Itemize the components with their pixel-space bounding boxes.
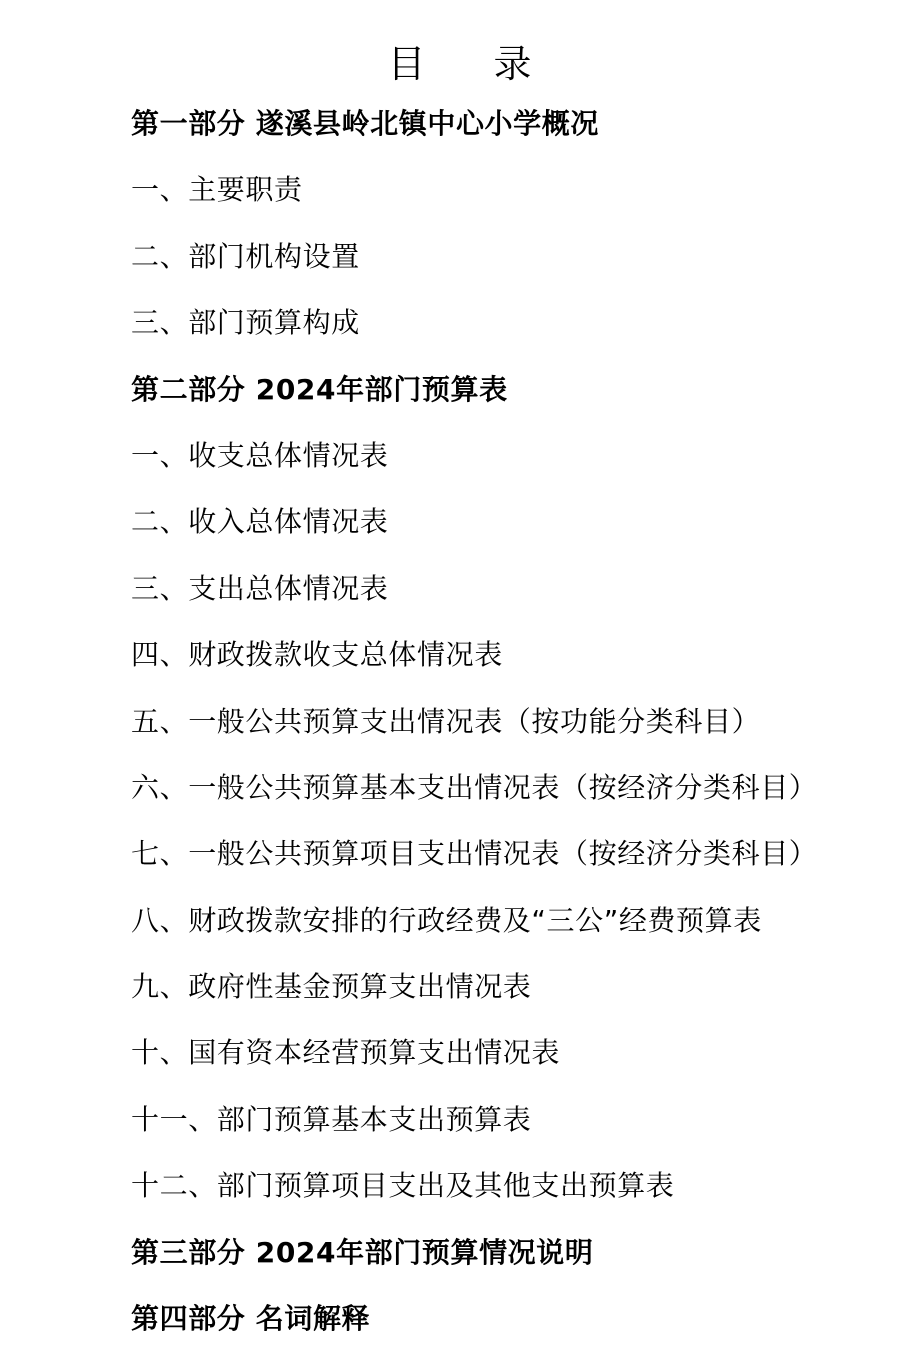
toc-item-table-9[interactable]: 九、政府性基金预算支出情况表 xyxy=(131,962,817,1028)
toc-item-table-6[interactable]: 六、一般公共预算基本支出情况表（按经济分类科目） xyxy=(131,763,817,829)
toc-part-4[interactable]: 第四部分 名词解释 xyxy=(131,1294,817,1360)
toc-item-main-duties[interactable]: 一、主要职责 xyxy=(131,165,817,231)
toc-item-table-12[interactable]: 十二、部门预算项目支出及其他支出预算表 xyxy=(131,1161,817,1227)
toc-item-table-7[interactable]: 七、一般公共预算项目支出情况表（按经济分类科目） xyxy=(131,829,817,895)
toc-item-table-1[interactable]: 一、收支总体情况表 xyxy=(131,431,817,497)
toc-part-1[interactable]: 第一部分 遂溪县岭北镇中心小学概况 xyxy=(131,99,817,165)
page-title: 目 录 xyxy=(0,39,919,89)
toc-item-org-structure[interactable]: 二、部门机构设置 xyxy=(131,232,817,298)
table-of-contents: 第一部分 遂溪县岭北镇中心小学概况 一、主要职责 二、部门机构设置 三、部门预算… xyxy=(131,99,817,1360)
toc-item-budget-composition[interactable]: 三、部门预算构成 xyxy=(131,298,817,364)
toc-item-table-11[interactable]: 十一、部门预算基本支出预算表 xyxy=(131,1095,817,1161)
toc-item-table-8[interactable]: 八、财政拨款安排的行政经费及“三公”经费预算表 xyxy=(131,896,817,962)
toc-part-3[interactable]: 第三部分 2024年部门预算情况说明 xyxy=(131,1228,817,1294)
toc-item-table-5[interactable]: 五、一般公共预算支出情况表（按功能分类科目） xyxy=(131,697,817,763)
toc-item-table-2[interactable]: 二、收入总体情况表 xyxy=(131,497,817,563)
toc-item-table-4[interactable]: 四、财政拨款收支总体情况表 xyxy=(131,630,817,696)
toc-item-table-10[interactable]: 十、国有资本经营预算支出情况表 xyxy=(131,1028,817,1094)
toc-part-2[interactable]: 第二部分 2024年部门预算表 xyxy=(131,365,817,431)
toc-item-table-3[interactable]: 三、支出总体情况表 xyxy=(131,564,817,630)
